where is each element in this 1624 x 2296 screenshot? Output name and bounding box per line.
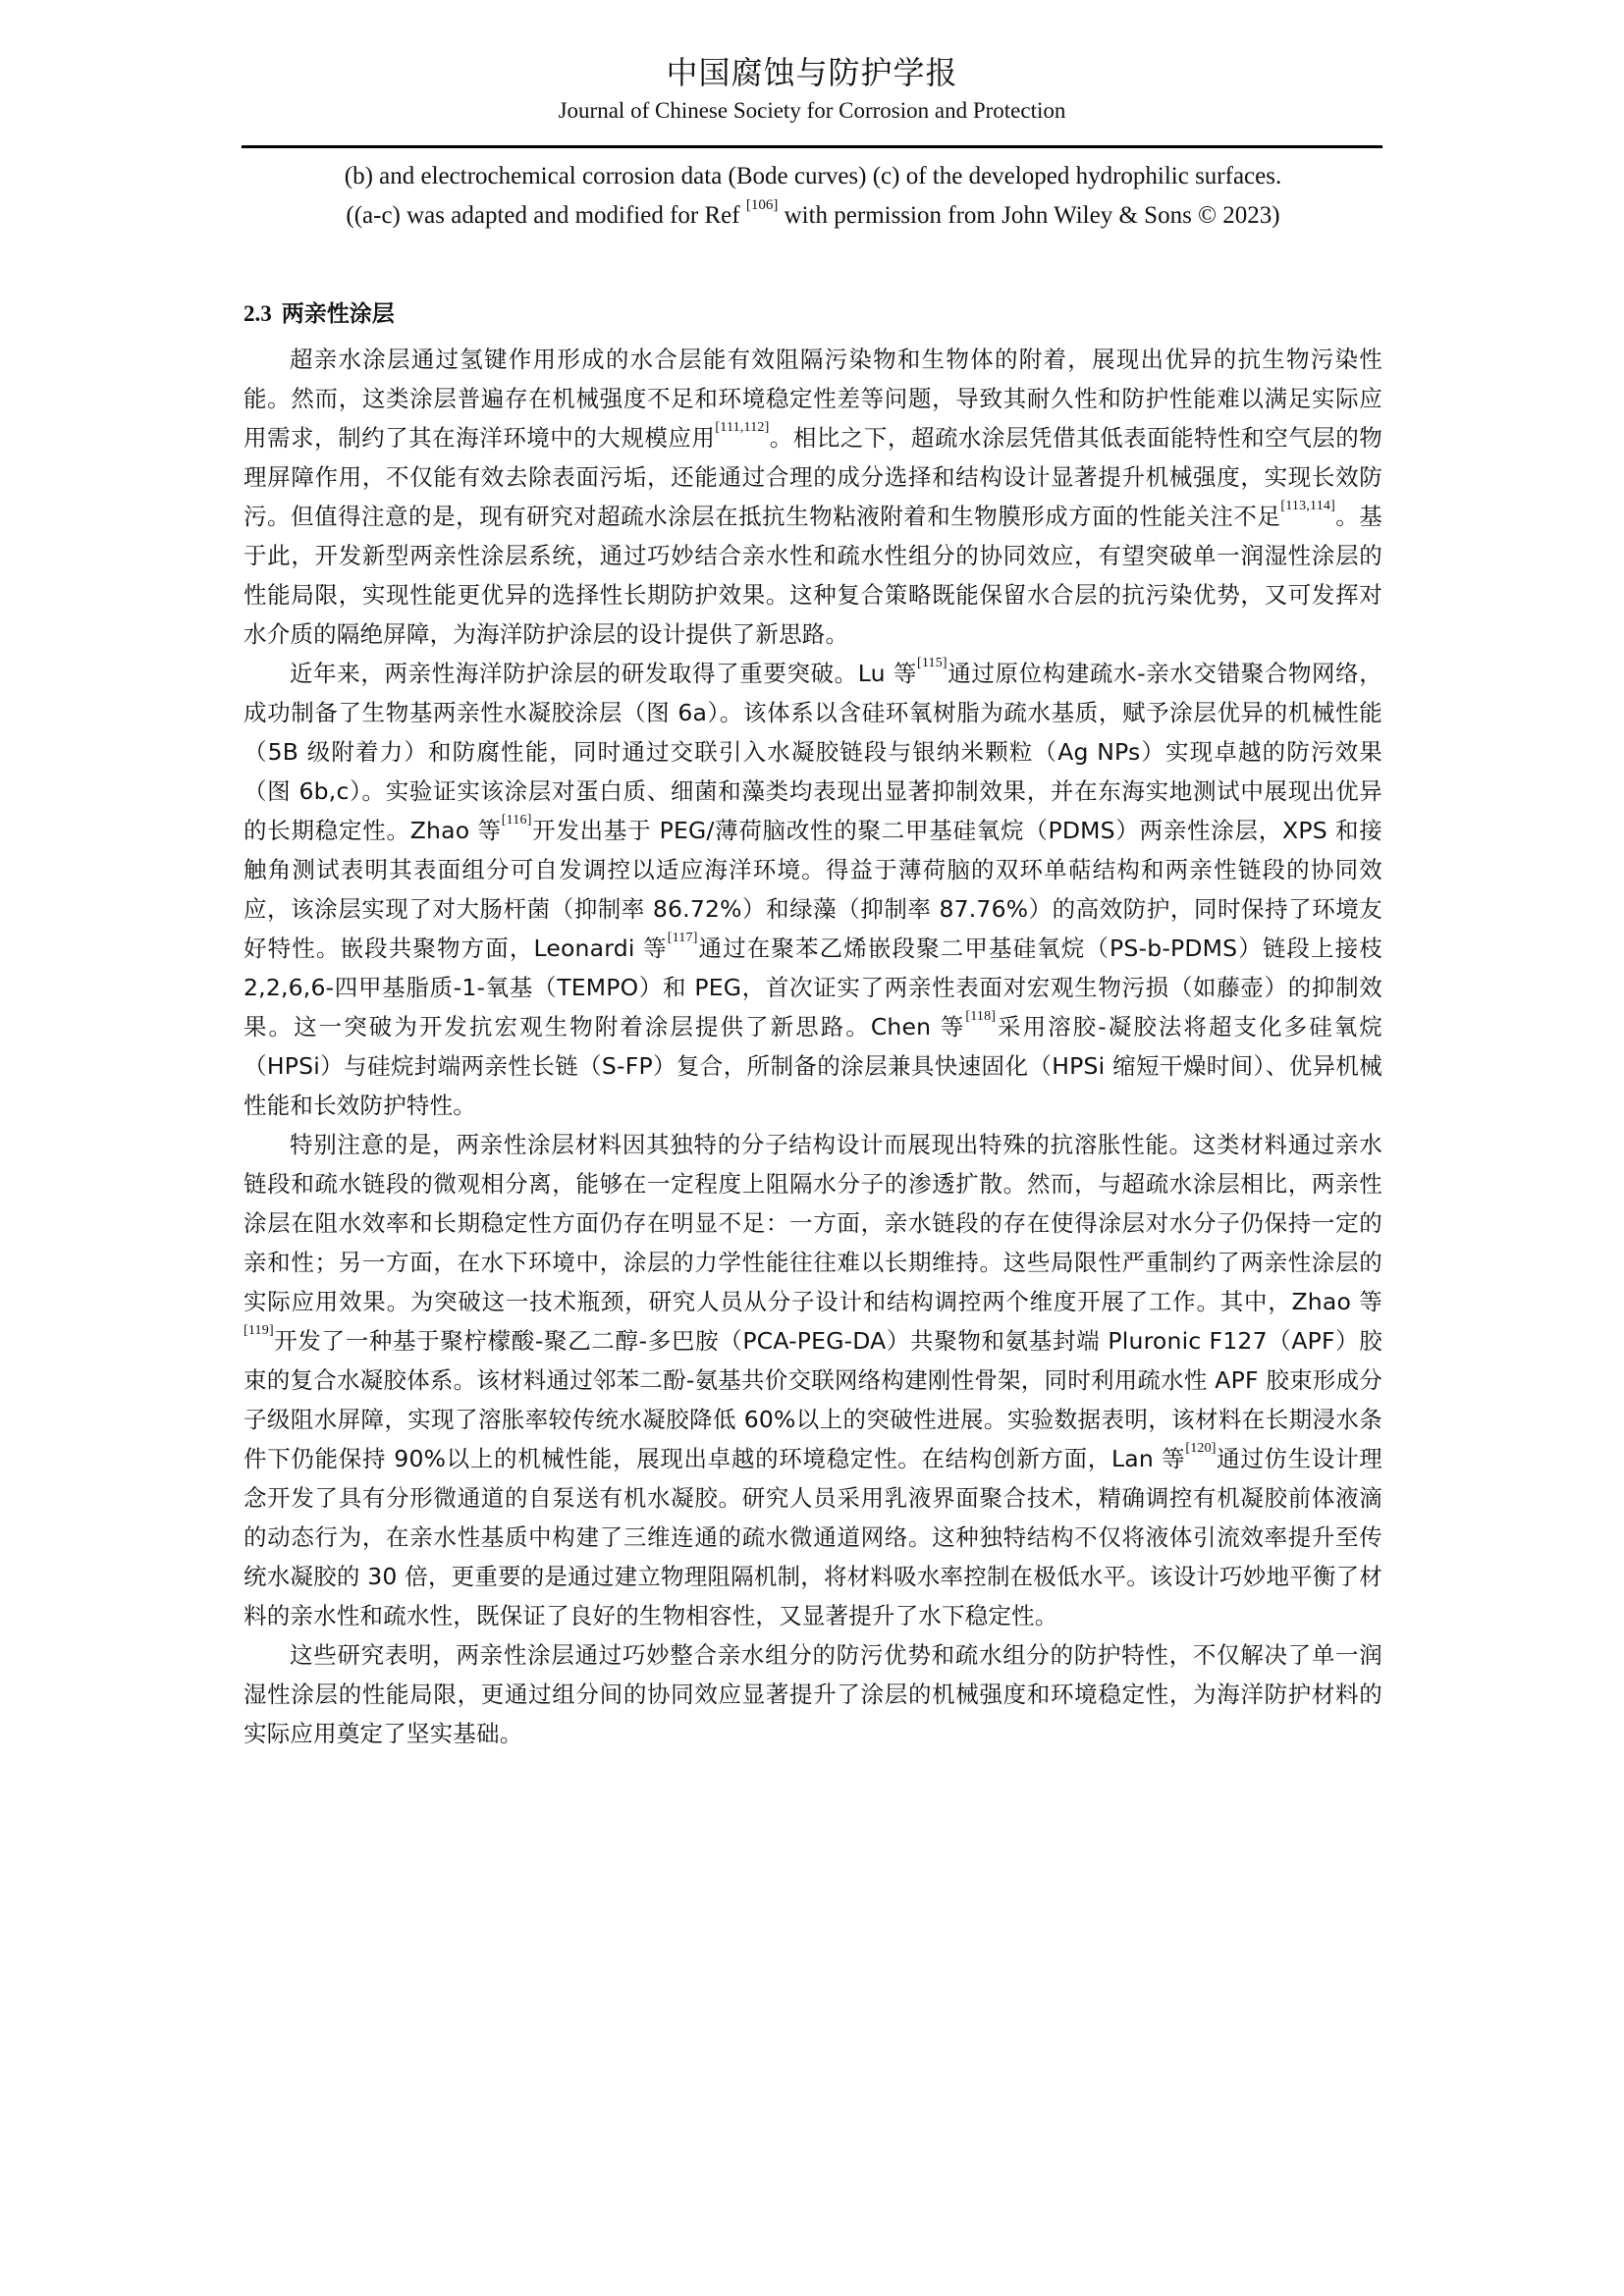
reference-citation[interactable]: [118] [965,1009,996,1024]
reference-citation[interactable]: [111,112] [715,420,769,435]
reference-citation[interactable]: [119] [244,1323,274,1338]
article-body: 2.3两亲性涂层 超亲水涂层通过氢键作用形成的水合层能有效阻隔污染物和生物体的附… [244,294,1382,1753]
reference-citation[interactable]: [117] [668,931,698,945]
body-paragraph: 近年来，两亲性海洋防护涂层的研发取得了重要突破。Lu 等[115]通过原位构建疏… [244,654,1382,1125]
paragraph-list: 超亲水涂层通过氢键作用形成的水合层能有效阻隔污染物和生物体的附着，展现出优异的抗… [244,340,1382,1753]
caption-line-1: (b) and electrochemical corrosion data (… [244,157,1382,196]
reference-citation[interactable]: [113,114] [1280,499,1335,513]
journal-title-cn: 中国腐蚀与防护学报 [242,51,1382,94]
reference-citation[interactable]: [106] [746,197,779,213]
section-title: 两亲性涂层 [282,301,395,327]
reference-citation[interactable]: [115] [917,656,947,670]
paragraph-text: 特别注意的是，两亲性涂层材料因其独特的分子结构设计而展现出特殊的抗溶胀性能。这类… [244,1131,1382,1315]
paragraph-text: 这些研究表明，两亲性涂层通过巧妙整合亲水组分的防污优势和疏水组分的防护特性，不仅… [244,1641,1382,1747]
page-header: 中国腐蚀与防护学报 Journal of Chinese Society for… [242,51,1382,126]
journal-title-en: Journal of Chinese Society for Corrosion… [242,96,1382,126]
caption-line-2-pre: ((a-c) was adapted and modified for Ref [346,202,745,229]
section-heading: 2.3两亲性涂层 [244,294,1382,334]
paragraph-text: 通过仿生设计理念开发了具有分形微通道的自泵送有机水凝胶。研究人员采用乳液界面聚合… [244,1445,1382,1629]
reference-citation[interactable]: [120] [1185,1441,1216,1456]
paragraph-text: 近年来，两亲性海洋防护涂层的研发取得了重要突破。Lu 等 [290,660,917,687]
reference-citation[interactable]: [116] [502,813,532,828]
section-number: 2.3 [244,301,272,326]
caption-line-2: ((a-c) was adapted and modified for Ref … [244,196,1382,236]
body-paragraph: 特别注意的是，两亲性涂层材料因其独特的分子结构设计而展现出特殊的抗溶胀性能。这类… [244,1125,1382,1635]
body-paragraph: 这些研究表明，两亲性涂层通过巧妙整合亲水组分的防污优势和疏水组分的防护特性，不仅… [244,1635,1382,1753]
body-paragraph: 超亲水涂层通过氢键作用形成的水合层能有效阻隔污染物和生物体的附着，展现出优异的抗… [244,340,1382,654]
header-divider [242,145,1382,148]
caption-line-2-post: with permission from John Wiley & Sons ©… [778,202,1279,229]
figure-caption-continuation: (b) and electrochemical corrosion data (… [244,157,1382,236]
